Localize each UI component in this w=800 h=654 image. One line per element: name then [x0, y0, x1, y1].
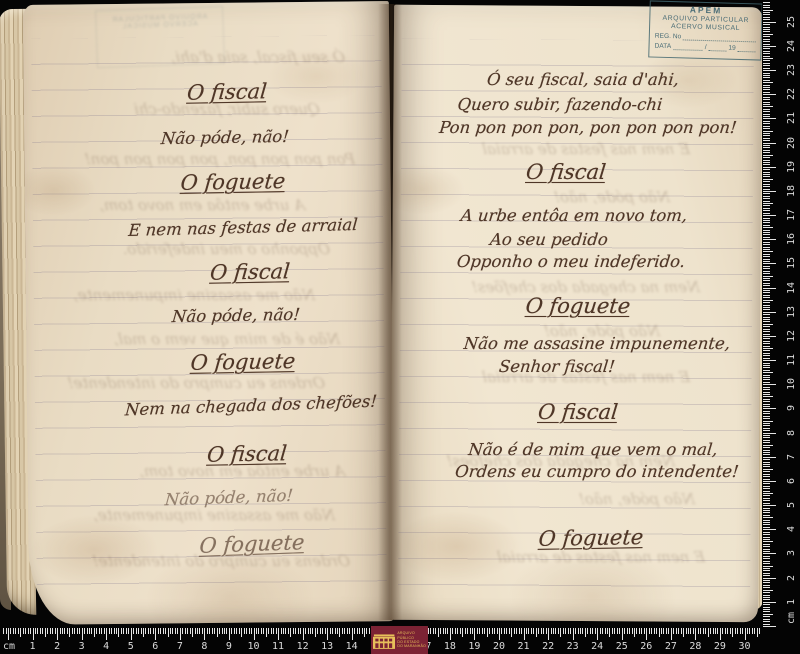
ruler-tick [763, 483, 770, 484]
ruler-tick [590, 628, 591, 634]
ruler-tick [703, 628, 704, 634]
ruler-tick [511, 628, 512, 637]
ruler-tick [160, 628, 161, 634]
ruler-tick [730, 628, 731, 634]
ruler-tick [136, 628, 137, 634]
ruler-tick [763, 123, 770, 124]
ruler-tick [222, 628, 223, 634]
ruler-tick [312, 628, 313, 634]
ruler-number: 22 [785, 84, 797, 104]
ruler-tick [57, 628, 58, 640]
ruler-tick [763, 558, 770, 559]
ruler-tick [763, 430, 770, 431]
ruler-tick [627, 628, 628, 634]
ruler-tick [37, 628, 38, 634]
ruler-number: 13 [785, 302, 797, 322]
ruler-tick [763, 203, 773, 204]
ruler-tick [763, 198, 770, 199]
ruler-tick [546, 628, 547, 634]
ruler-tick [763, 619, 770, 620]
ruler-tick [763, 367, 770, 368]
ruler-tick [708, 628, 709, 637]
ruler-tick [763, 437, 770, 438]
ruler-tick [763, 479, 770, 480]
ruler-tick [763, 118, 776, 119]
ruler-tick [148, 628, 149, 634]
ruler-tick [128, 628, 129, 634]
ruler-tick [585, 628, 586, 637]
ruler-tick [763, 191, 776, 192]
ruler-number: 14 [785, 278, 797, 298]
ruler-tick [763, 138, 770, 139]
ruler-tick [763, 53, 770, 54]
ruler-number: 26 [640, 641, 652, 652]
ruler-tick [155, 628, 156, 640]
ruler-tick [763, 440, 770, 441]
ruler-number: 9 [226, 641, 232, 652]
ruler-tick [763, 283, 770, 284]
ruler-tick [763, 222, 770, 223]
ruler-number: 14 [346, 641, 358, 652]
ruler-tick [763, 239, 776, 240]
ruler-tick [362, 628, 363, 634]
ruler-tick [465, 628, 466, 634]
ruler-tick [763, 307, 770, 308]
ruler-tick [202, 628, 203, 634]
stamp-blank-line [673, 43, 703, 51]
ruler-tick [89, 628, 90, 634]
ruler-tick [467, 628, 468, 634]
ruler-tick [315, 628, 316, 637]
ruler-tick [763, 309, 770, 310]
ruler-tick [644, 628, 645, 634]
ruler-tick [763, 7, 770, 8]
ruler-tick [568, 628, 569, 634]
ruler-tick [763, 128, 770, 129]
ruler-tick [55, 628, 56, 634]
ruler-tick [763, 408, 776, 409]
ruler-tick [763, 329, 770, 330]
ruler-tick [666, 628, 667, 634]
ruler-tick [763, 109, 770, 110]
ruler-tick [763, 237, 770, 238]
ruler-tick [763, 510, 770, 511]
ruler-tick [763, 256, 770, 257]
ruler-tick [40, 628, 41, 634]
ruler-tick [763, 520, 770, 521]
ruler-tick [763, 423, 770, 424]
ruler-tick [254, 628, 255, 640]
ruler-tick [8, 628, 9, 640]
ruler-tick [695, 628, 696, 640]
ruler-tick [763, 372, 773, 373]
ruler-tick [258, 628, 259, 634]
ruler-tick [763, 399, 770, 400]
ruler-tick [683, 628, 684, 637]
ruler-tick [763, 145, 770, 146]
ruler-tick [582, 628, 583, 634]
ruler-number: 2 [785, 568, 797, 588]
ruler-tick [763, 578, 776, 579]
ruler-number: 6 [785, 471, 797, 491]
ruler-tick [327, 628, 328, 640]
ruler-tick [479, 628, 480, 634]
ruler-number: 7 [785, 447, 797, 467]
ruler-tick [763, 97, 770, 98]
ruler-unit-label: cm [3, 641, 15, 652]
ruler-tick [477, 628, 478, 634]
ruler-tick [763, 302, 770, 303]
ruler-tick [763, 12, 770, 13]
ruler-tick [241, 628, 242, 637]
ruler-tick [763, 288, 776, 289]
ruler-tick [516, 628, 517, 634]
ruler-tick [763, 382, 770, 383]
ruler-tick [763, 94, 776, 95]
ruler-tick [763, 48, 770, 49]
ruler-tick [87, 628, 88, 634]
ruler-tick [524, 628, 525, 640]
ruler-tick [126, 628, 127, 634]
ruler-tick [763, 353, 770, 354]
ruler-tick [763, 546, 770, 547]
ruler-tick [330, 628, 331, 634]
ruler-tick [472, 628, 473, 634]
ruler-number: 25 [785, 12, 797, 32]
ruler-tick [123, 628, 124, 634]
ruler-tick [25, 628, 26, 634]
ruler-tick [763, 244, 770, 245]
ruler-tick [497, 628, 498, 634]
ruler-tick [72, 628, 73, 634]
ruler-tick [763, 205, 770, 206]
stamp-line: ACERVO MUSICAL [655, 23, 756, 33]
ruler-tick [763, 213, 770, 214]
ruler-tick [763, 208, 770, 209]
ruler-tick [763, 230, 770, 231]
ruler-tick [763, 425, 770, 426]
ruler-tick [344, 628, 345, 634]
ruler-tick [763, 334, 770, 335]
ruler-tick [558, 628, 559, 634]
ruler-number: 13 [321, 641, 333, 652]
ruler-tick [199, 628, 200, 634]
ruler-number: 3 [79, 641, 85, 652]
ruler-tick [94, 628, 95, 637]
ruler-tick [763, 63, 770, 64]
ruler-tick [543, 628, 544, 634]
ruler-tick [649, 628, 650, 634]
ruler-tick [52, 628, 53, 634]
ruler-tick [639, 628, 640, 634]
ruler-tick [661, 628, 662, 634]
ruler-tick [763, 602, 776, 603]
ruler-tick [763, 527, 770, 528]
ruler-tick [763, 326, 770, 327]
ruler-tick [217, 628, 218, 637]
ruler-tick [536, 628, 537, 637]
ruler-number: 25 [616, 641, 628, 652]
ruler-tick [763, 317, 770, 318]
ruler-tick [740, 628, 741, 634]
ruler-tick [763, 186, 770, 187]
ruler-tick [763, 116, 770, 117]
ruler-tick [322, 628, 323, 634]
ruler-tick [763, 24, 770, 25]
ruler-tick [600, 628, 601, 634]
ruler-tick [487, 628, 488, 637]
ruler-tick [177, 628, 178, 634]
ruler-tick [763, 454, 770, 455]
ruler-tick [745, 628, 746, 640]
ruler-tick [320, 628, 321, 634]
verse-line: Pon pon pon pon, pon pon pon pon! [438, 118, 737, 137]
ruler-tick [482, 628, 483, 634]
ruler-tick [310, 628, 311, 634]
ruler-tick [45, 628, 46, 637]
ruler-tick [763, 135, 770, 136]
ruler-tick [763, 114, 770, 115]
ruler-tick [555, 628, 556, 634]
verse-line: Não me assasine impunemente, [463, 334, 731, 353]
ruler-tick [763, 363, 770, 364]
ruler-tick [295, 628, 296, 634]
ruler-tick [35, 628, 36, 634]
ruler-tick [526, 628, 527, 634]
ruler-tick [710, 628, 711, 634]
section-heading: O fiscal [209, 259, 291, 284]
ruler-number: 28 [689, 641, 701, 652]
ruler-tick [763, 370, 770, 371]
ruler-tick [234, 628, 235, 634]
ruler-tick [433, 628, 434, 634]
ruler-tick [763, 172, 770, 173]
ruler-tick [111, 628, 112, 634]
ruler-tick [763, 31, 770, 32]
ruler-tick [763, 544, 770, 545]
ruler-tick [609, 628, 610, 637]
ruler-tick [492, 628, 493, 634]
ruler-tick [763, 457, 776, 458]
ruler-tick [763, 471, 770, 472]
ruler-tick [106, 628, 107, 640]
ruler-tick [763, 592, 770, 593]
ruler-tick [77, 628, 78, 634]
ruler-tick [460, 628, 461, 634]
ruler-tick [763, 580, 770, 581]
ruler-number: 24 [591, 641, 603, 652]
ruler-tick [763, 476, 770, 477]
ruler-tick [686, 628, 687, 634]
verse-line: Opponho o meu indeferido. [456, 252, 686, 271]
ruler-tick [763, 616, 770, 617]
ruler-tick [763, 111, 770, 112]
ruler-number: 19 [785, 157, 797, 177]
ruler-tick [763, 626, 776, 627]
ruler-number: 8 [785, 423, 797, 443]
ruler-tick [763, 77, 770, 78]
ruler-tick [763, 210, 770, 211]
ruler-tick [763, 312, 776, 313]
ruler-tick [578, 628, 579, 634]
ruler-number: 19 [468, 641, 480, 652]
ruler-tick [763, 433, 776, 434]
right-ruler: cm12345678910111213141516171819202122232… [762, 0, 800, 654]
ruler-tick [763, 459, 770, 460]
ruler-tick [763, 14, 770, 15]
ruler-tick [209, 628, 210, 634]
ruler-tick [763, 162, 770, 163]
ruler-tick [607, 628, 608, 634]
ruler-tick [763, 80, 770, 81]
ruler-tick [763, 553, 776, 554]
ruler-tick [705, 628, 706, 634]
ruler-tick [763, 261, 770, 262]
ruler-tick [763, 556, 770, 557]
ruler-tick [763, 495, 770, 496]
ruler-tick [763, 346, 770, 347]
ruler-tick [763, 5, 770, 6]
ruler-tick [204, 628, 205, 640]
ruler-tick [763, 27, 770, 28]
ruler-tick [763, 167, 776, 168]
ruler-tick [763, 160, 770, 161]
ruler-tick [763, 227, 773, 228]
verse-line: Senhor fiscal! [498, 357, 616, 376]
ruler-tick [443, 628, 444, 634]
ruler-tick [763, 242, 770, 243]
ruler-tick [133, 628, 134, 634]
ruler-tick [457, 628, 458, 634]
ruler-tick [632, 628, 633, 634]
ruler-tick [207, 628, 208, 634]
ruler-tick [763, 493, 773, 494]
ruler-tick [763, 416, 770, 417]
ruler-tick [763, 251, 773, 252]
ruler-tick [172, 628, 173, 634]
verse-line: A urbe entôa em novo tom, [460, 206, 688, 225]
ruler-tick [763, 575, 770, 576]
verse-line: Ordens eu cumpro do intendente! [454, 462, 740, 481]
ruler-tick [440, 628, 441, 634]
ruler-tick [763, 389, 770, 390]
ruler-tick [757, 628, 758, 637]
ruler-tick [759, 628, 760, 634]
ruler-tick [763, 614, 773, 615]
ruler-tick [763, 573, 770, 574]
ruler-tick [763, 46, 776, 47]
ruler-tick [763, 152, 770, 153]
institution-badge-text: ARQUIVO PÚBLICO DO ESTADO DO MARANHÃO [397, 631, 426, 649]
ruler-tick [763, 147, 770, 148]
ruler-tick [763, 534, 770, 535]
ruler-tick [587, 628, 588, 634]
ruler-tick [763, 421, 773, 422]
ruler-tick [763, 196, 770, 197]
ruler-tick [3, 628, 4, 634]
ruler-tick [236, 628, 237, 634]
ruler-tick [763, 321, 770, 322]
ruler-tick [271, 628, 272, 634]
ruler-tick [763, 396, 773, 397]
ruler-tick [612, 628, 613, 634]
ruler-number: 2 [54, 641, 60, 652]
ruler-tick [763, 462, 770, 463]
ruler-tick [33, 628, 34, 640]
ruler-tick [303, 628, 304, 640]
ruler-tick [763, 169, 770, 170]
ruler-tick [763, 176, 770, 177]
ruler-tick [285, 628, 286, 634]
ruler-tick [763, 70, 776, 71]
ruler-tick [763, 445, 773, 446]
section-heading: O fiscal [186, 79, 268, 104]
ruler-tick [735, 628, 736, 634]
ruler-tick [298, 628, 299, 634]
ruler-tick [60, 628, 61, 634]
ruler-tick [763, 595, 770, 596]
ruler-tick [531, 628, 532, 634]
ruler-tick [763, 500, 770, 501]
ruler-tick [357, 628, 358, 634]
ruler-tick [6, 628, 7, 634]
ruler-tick [698, 628, 699, 634]
ruler-tick [763, 41, 770, 42]
ruler-tick [763, 561, 770, 562]
ruler-tick [763, 268, 770, 269]
ruler-tick [50, 628, 51, 634]
stamp-century: 19 [728, 45, 736, 52]
ruler-tick [763, 350, 770, 351]
ruler-tick [763, 179, 773, 180]
ruler-tick [501, 628, 502, 634]
ruler-tick [732, 628, 733, 637]
ruler-number: 23 [567, 641, 579, 652]
ruler-tick [10, 628, 11, 634]
ruler-tick [763, 234, 770, 235]
ruler-tick [763, 392, 770, 393]
ruler-tick [668, 628, 669, 634]
ruler-tick [104, 628, 105, 634]
ruler-tick [763, 92, 770, 93]
ruler-tick [551, 628, 552, 634]
ruler-tick [727, 628, 728, 634]
ruler-tick [763, 384, 776, 385]
ruler-tick [720, 628, 721, 640]
ruler-tick [563, 628, 564, 634]
ruler-tick [266, 628, 267, 637]
ruler-tick [763, 522, 770, 523]
ruler-tick [742, 628, 743, 634]
ruler-tick [548, 628, 549, 640]
ruler-tick [116, 628, 117, 634]
ruler-number: 3 [785, 543, 797, 563]
ruler-tick [671, 628, 672, 640]
ruler-tick [224, 628, 225, 634]
ruler-tick [293, 628, 294, 634]
ruler-tick [763, 189, 770, 190]
ruler-tick [192, 628, 193, 637]
ruler-tick [763, 524, 770, 525]
ruler-tick [342, 628, 343, 634]
ruler-tick [187, 628, 188, 634]
ruler-tick [763, 285, 770, 286]
ruler-tick [447, 628, 448, 634]
ruler-tick [763, 379, 770, 380]
ruler-tick [763, 324, 773, 325]
ruler-tick [138, 628, 139, 634]
ruler-tick [763, 73, 770, 74]
